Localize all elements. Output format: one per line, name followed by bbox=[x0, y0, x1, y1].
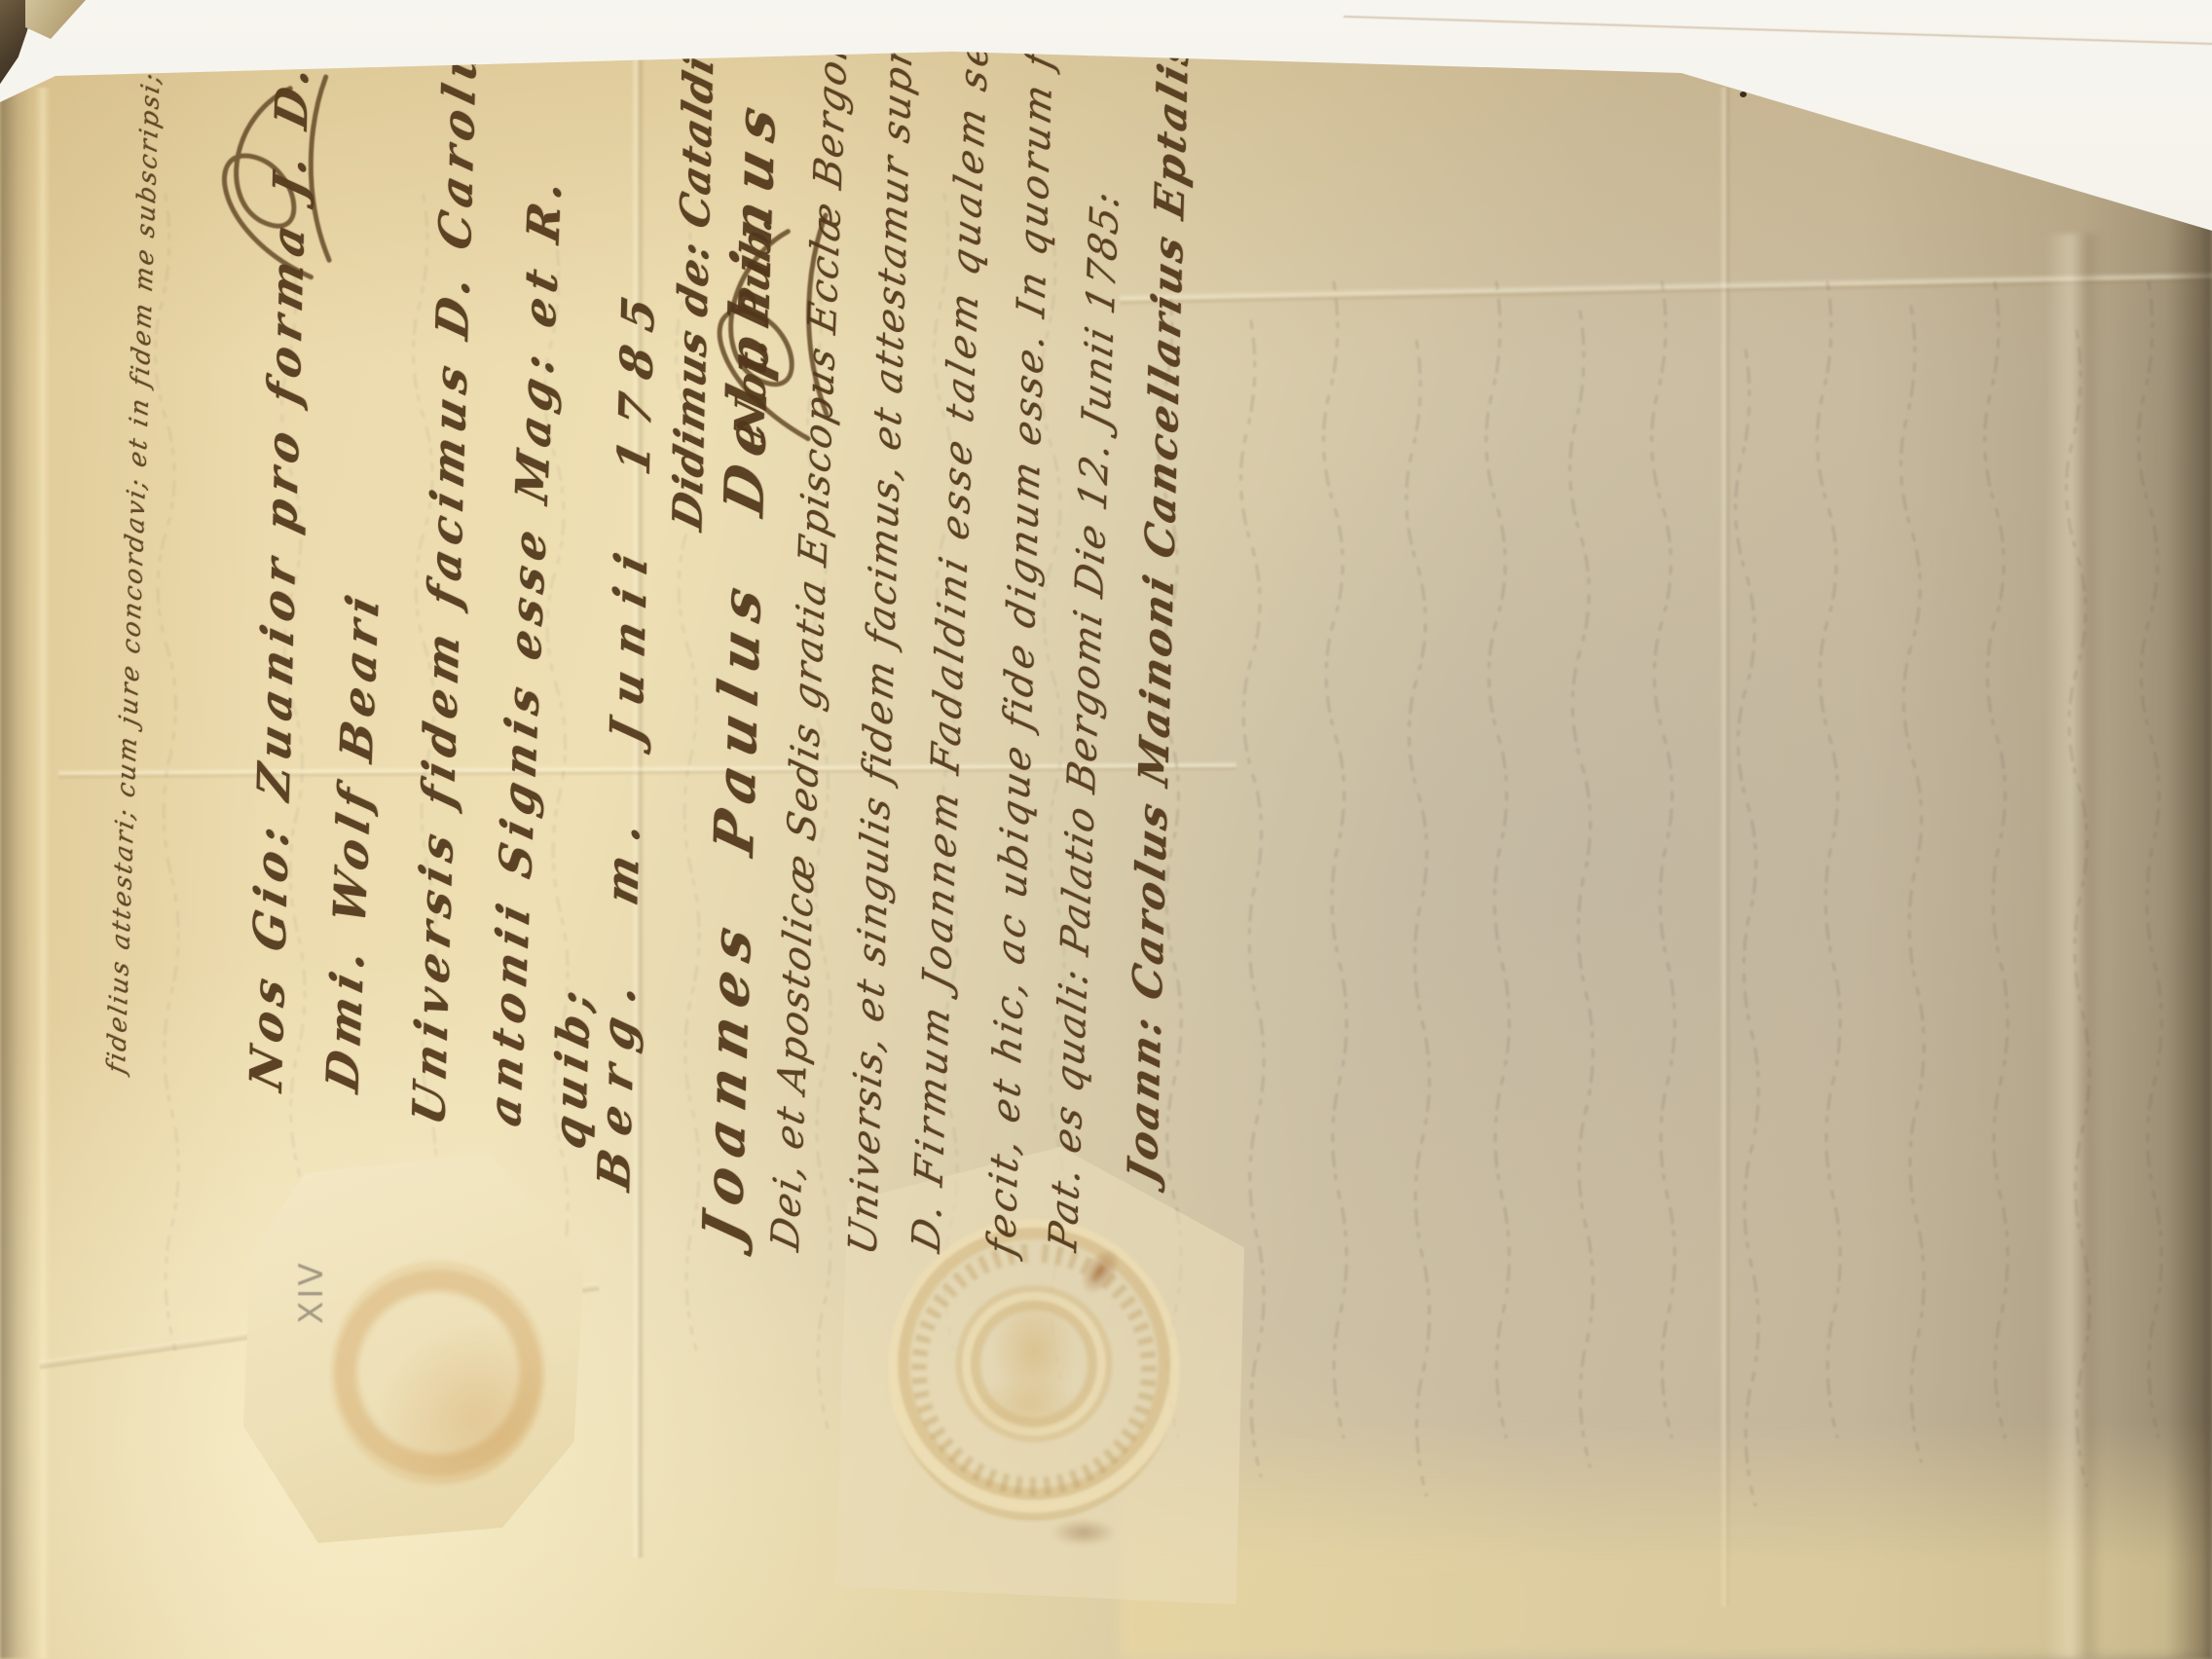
pencil-annotation: XIV bbox=[292, 1207, 331, 1324]
manuscript-page: fidelius attestari; cum jure concordavi;… bbox=[0, 0, 2212, 1659]
page-left-edge-shadow bbox=[0, 83, 33, 1659]
chancellor-signature-line: Joann: Carolus Mainoni Cancellarius Epta… bbox=[1119, 30, 1198, 1187]
upper-attestation-line-6: Berg. m. Junii 1785 bbox=[587, 276, 665, 1196]
episcopal-attestation-line-4: D. Firmum Joannem Fadaldini esse talem q… bbox=[904, 32, 998, 1256]
ink-showthrough-right bbox=[1134, 253, 2186, 1577]
signature-paraph-flourish bbox=[194, 61, 348, 290]
rust-stain bbox=[1051, 1519, 1116, 1546]
wafer-seal-stain-ring bbox=[331, 1261, 545, 1485]
ink-speck bbox=[1740, 92, 1747, 97]
page-left-fold bbox=[35, 88, 51, 1659]
episcopal-attestation-line-6: Pat. es quali: Palatio Bergomi Die 12. J… bbox=[1041, 185, 1127, 1256]
upper-attestation-line-2: Dmi. Wolf Beari bbox=[316, 584, 389, 1097]
upper-attestation-closing-line: fidelius attestari; cum jure concordavi;… bbox=[102, 23, 167, 1076]
photo-frame: fidelius attestari; cum jure concordavi;… bbox=[0, 0, 2212, 1659]
handwriting-layer: fidelius attestari; cum jure concordavi;… bbox=[54, 28, 1303, 1277]
upper-attestation-line-3: Universis fidem facimus D. Carolum bbox=[402, 0, 488, 1130]
